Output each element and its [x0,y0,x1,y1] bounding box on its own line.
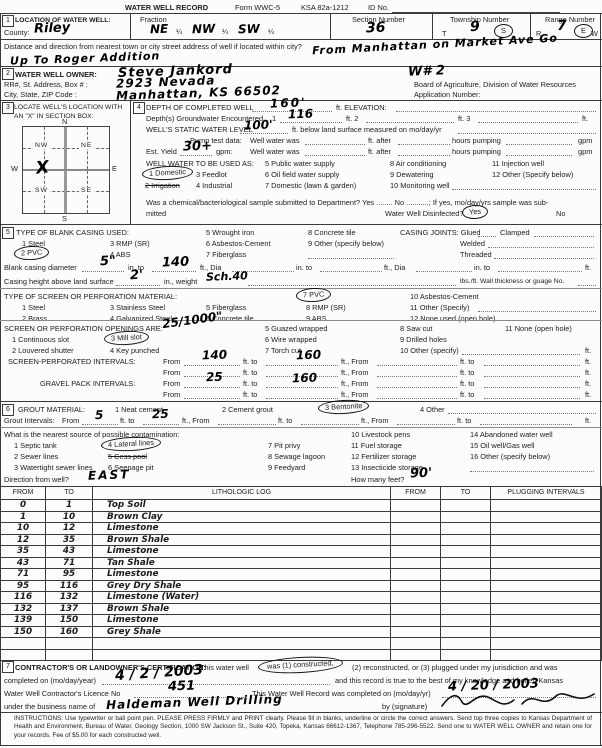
cell [391,603,441,615]
casing-diameter-value: 5" [100,254,116,270]
disinfected-no: No [556,209,565,218]
blank [320,270,382,272]
ft-dia-label: ft., Dia [384,263,405,272]
cell [441,580,491,592]
gravel-interval-to: 160 [292,371,318,386]
est-yield-value: 30+ [183,138,212,154]
cell [391,500,441,512]
section-box-x-mark: X [35,157,50,178]
blank [484,397,580,399]
rule [0,745,602,746]
log-row: 139150Limestone [1,615,602,627]
blank [377,364,457,366]
quarter-glyph: ¼ [268,27,274,36]
cell [441,511,491,523]
screen-option-9: 9 ABS [306,314,327,323]
blank [308,257,394,259]
ft-to-label: ft. to [243,368,257,377]
log-row: 150160Grey Shale [1,626,602,638]
cell: Grey Shale [93,626,391,638]
disinfected-yes-circled: Yes [462,204,489,219]
lithologic-log-table: FROM TO LITHOLOGIC LOG FROM TO PLUGGING … [0,486,602,661]
ft-to-label: ft. to [243,357,257,366]
cell: 10 [1,523,46,535]
rule [0,288,602,289]
cell: 132 [46,592,93,604]
cell [391,546,441,558]
ft-label: ft. [585,357,591,366]
cell [441,626,491,638]
openings-option-11: 11 None (open hole) [505,324,572,333]
water-well-record-form: WATER WELL RECORD Form WWC-5 KSA 82a-121… [0,0,602,748]
cell: 43 [46,546,93,558]
est-yield-label: Est. Yield [146,147,177,156]
quadrant-se: SE [79,187,94,194]
blank [301,423,359,425]
log-row: 95116Grey Dry Shale [1,580,602,592]
compass-s: S [62,214,67,223]
casing-option-9: 9 Other (specify below) [308,239,384,248]
cell [491,523,602,535]
log-header-to: TO [46,487,93,500]
blank [462,353,580,355]
ft-after-label: ft. after [368,136,391,145]
casing-option-8: 8 Concrete tile [308,228,356,237]
blank [82,270,124,272]
fraction-q2: NW [192,22,216,37]
blank [498,270,582,272]
gpm-label: gpm [578,147,592,156]
cell [93,649,391,661]
use-option-10: 10 Monitoring well [390,181,450,190]
cell [441,603,491,615]
screen-option-1: 1 Steel [22,303,45,312]
log-row: 01Top Soil [1,500,602,512]
cell [391,615,441,627]
distance-value-line1: From Manhattan on Market Ave Go [312,32,558,58]
contam-option-9: 9 Feedyard [268,463,305,472]
from-label: From [163,379,180,388]
cell [491,569,602,581]
use-option-3: 3 Feedlot [196,170,227,179]
cell [1,649,46,661]
ft-label: ft. [585,379,591,388]
blank [266,386,338,388]
blank [452,188,596,190]
cell: 12 [1,534,46,546]
cell [491,557,602,569]
weight-value: Sch.40 [206,269,248,283]
screen-option-3: 3 Stainless Steel [110,303,165,312]
contam-option-16: 16 Other (specify below) [470,452,550,461]
cell [441,534,491,546]
cell [391,592,441,604]
screen-intervals-label: SCREEN-PERFORATED INTERVALS: [8,357,136,366]
gpm-colon-label: gpm: [216,147,232,156]
cell: Top Soil [93,500,391,512]
cell [391,649,441,661]
screen-option-7-circled: 7 PVC [296,287,332,303]
cell: Limestone (Water) [93,592,391,604]
quadrant-sw: SW [33,187,50,194]
cell: 116 [1,592,46,604]
form-number: Form WWC-5 [235,3,280,12]
quadrant-nw: NW [33,142,50,149]
casing-heading: TYPE OF BLANK CASING USED: [16,228,129,237]
cell: 137 [46,603,93,615]
section-5-number: 5 [2,227,14,239]
log-header-plugging: PLUGGING INTERVALS [491,487,602,500]
contam-option-5-struck: 5 Cess pool [108,452,147,461]
use-option-7: 7 Domestic (lawn & garden) [265,181,356,190]
cell: 35 [1,546,46,558]
cell [441,500,491,512]
rule [330,13,331,39]
quadrant-ne: NE [79,142,94,149]
cell: Grey Dry Shale [93,580,391,592]
blank [578,284,596,286]
blank [377,397,457,399]
contam-option-3: 3 Watertight sewer lines [14,463,93,472]
id-no-label: ID No. [368,3,389,12]
grout-to-value: 25 [152,407,169,422]
cell [46,638,93,650]
well-number: W# 2 [408,63,445,79]
blank [478,121,578,123]
ft-from-label: ft., From [341,368,369,377]
openings-option-10: 10 Other (specify) [400,346,459,355]
blank [448,412,596,414]
log-row: 110Brown Clay [1,511,602,523]
cell [491,546,602,558]
feet-label: How many feet? [351,475,404,484]
ft-to-label: ft. to [243,390,257,399]
rule [0,320,602,321]
rule [130,100,131,224]
cell: 43 [1,557,46,569]
rule [0,66,602,67]
cell: Brown Clay [93,511,391,523]
cell [441,569,491,581]
blank [398,143,450,145]
use-option-4: 4 Industrial [196,181,232,190]
direction-value: EAST [88,467,131,482]
rule [432,13,433,39]
grout-heading: GROUT MATERIAL: [18,405,85,414]
log-header-from: FROM [1,487,46,500]
log-row: 1012Limestone [1,523,602,535]
hours-pumping-label: hours pumping [452,136,501,145]
cell [441,592,491,604]
blank [398,154,450,156]
ft-label: ft. [585,263,591,272]
depth-label: DEPTH OF COMPLETED WELL [146,103,254,112]
cell: 160 [46,626,93,638]
cell: 150 [46,615,93,627]
contam-option-10: 10 Livestock pens [351,430,410,439]
well-water-was-label: Well water was [250,136,300,145]
sample-question: Was a chemical/bacteriological sample su… [146,198,548,207]
section-2-number: 2 [2,68,14,80]
fraction-q3: SW [238,22,260,37]
cell [441,557,491,569]
contam-option-14: 14 Abandoned water well [470,430,553,439]
cell [491,511,602,523]
section-6-number: 6 [2,404,14,416]
screen-option-10: 10 Asbestos-Cement [410,292,479,301]
contam-option-2: 2 Sewer lines [14,452,58,461]
use-option-9: 9 Dewatering [390,170,434,179]
groundwater-n3: ft. 3 [458,114,470,123]
form-title: WATER WELL RECORD [125,3,208,12]
ft-to-label: ft. to [460,357,474,366]
wall-thickness-label: lbs./ft. Wall thickness or guage No. [460,277,564,286]
cell: 10 [46,511,93,523]
use-option-6: 6 Oil field water supply [265,170,339,179]
gpm-label: gpm [578,136,592,145]
blank [305,154,365,156]
casing-diameter-label: Blank casing diameter [4,263,77,272]
casing-height-label: Casing height above land surface [4,277,114,286]
direction-label: Direction from well? [4,475,69,484]
cell: 0 [1,500,46,512]
disinfected-label: Water Well Disinfected? [385,209,463,218]
openings-option-6: 6 Wire wrapped [265,335,317,344]
blank [116,284,160,286]
compass-e: E [112,164,117,173]
log-row: 7195Limestone [1,569,602,581]
cell [391,569,441,581]
blank [484,386,580,388]
cell [1,638,46,650]
groundwater-n2: ft. 2 [346,114,358,123]
in-to-label: in. to [474,263,490,272]
contam-option-7: 7 Pit privy [268,441,300,450]
screen-interval-to: 160 [296,348,322,363]
ft-from-label: ft., From [341,390,369,399]
county-label: County: [4,28,29,37]
ft-to-label: ft. to [278,416,292,425]
quarter-glyph: ¼ [222,27,228,36]
county-value: Riley [34,20,71,36]
cell [491,649,602,661]
owner-heading: WATER WELL OWNER: [15,70,97,79]
cell: 132 [1,603,46,615]
locate-heading-1: LOCATE WELL'S LOCATION WITH [14,103,122,112]
blank [494,257,594,259]
cell: 35 [46,534,93,546]
section-1-number: 1 [2,15,14,27]
blank [184,386,240,388]
log-header-to2: TO [441,487,491,500]
use-option-12: 12 Other (Specify below) [492,170,573,179]
contam-option-1: 1 Septic tank [14,441,57,450]
blank [305,143,365,145]
log-header-from2: FROM [391,487,441,500]
blank [484,364,580,366]
blank [488,246,594,248]
log-row-empty [1,638,602,650]
cell [491,615,602,627]
cell [441,523,491,535]
range-label: Range Number [545,15,595,24]
log-row: 3543Limestone [1,546,602,558]
ft-to-label: ft. to [243,379,257,388]
screen-option-12: 12 None used (open hole) [410,314,495,323]
cell: 1 [46,500,93,512]
cell: 150 [1,626,46,638]
openings-option-5: 5 Guazed wrapped [265,324,327,333]
blank [506,154,572,156]
cell: 139 [1,615,46,627]
log-header-litho: LITHOLOGIC LOG [93,487,391,500]
section-4-number: 4 [133,102,145,114]
licence-value: 451 [168,679,196,695]
blank [248,284,456,286]
compass-w: W [11,164,18,173]
business-name-value: Haldeman Well Drilling [106,692,283,712]
range-value: 7 [557,18,567,34]
ft-from-label: ft., From [341,357,369,366]
contam-option-15: 15 Oil well/Gas well [470,441,534,450]
ft-after-label: ft. after [368,147,391,156]
cell: Brown Shale [93,603,391,615]
ft-from-label: ft., From [361,416,389,425]
rule [0,712,602,713]
blank [377,375,457,377]
ft-label: ft. [585,346,591,355]
from-label: From [163,390,180,399]
cell [491,603,602,615]
cell: Limestone [93,546,391,558]
casing-joints-label: CASING JOINTS: Glued [400,228,481,237]
certification-text-1: This water well [200,663,249,672]
blank [470,470,594,472]
blank [266,397,338,399]
ft-from-label: ft., From [182,416,210,425]
from-label: From [163,368,180,377]
certification-text-1c: (2) reconstructed, or (3) plugged under … [352,663,557,672]
casing-option-6: 6 Asbestos-Cement [206,239,271,248]
cell: 116 [46,580,93,592]
blank [218,423,276,425]
openings-option-4: 4 Key punched [110,346,159,355]
casing-option-3: 3 RMP (SR) [110,239,150,248]
casing-option-7: 7 Fiberglass [206,250,246,259]
blank [82,423,118,425]
fraction-q1: NE [150,22,169,37]
contam-option-12: 12 Fertilizer storage [351,452,416,461]
blank [266,364,338,366]
ft-to-label: ft. to [460,390,474,399]
static-level-suffix: ft. below land surface measured on mo/da… [292,125,442,134]
blank [416,270,472,272]
owner-city-label: City, State, ZIP Code : [4,90,77,99]
rule [0,13,602,14]
section-7-number: 7 [2,661,14,673]
agency-name: Board of Agriculture, Division of Water … [414,80,576,89]
blank [366,121,454,123]
cell [391,626,441,638]
ft-from-label: ft., From [341,379,369,388]
grout-option-4: 4 Other [420,405,445,414]
rule [130,13,131,39]
blank [396,110,596,112]
cell: 71 [1,569,46,581]
static-level-value: 100' [244,118,273,133]
openings-option-2: 2 Louvered shutter [12,346,74,355]
cell [441,546,491,558]
gravel-interval-from: 25 [206,370,223,385]
cell: 71 [46,557,93,569]
contam-option-8: 8 Sewage lagoon [268,452,325,461]
section-number-value: 36 [366,20,386,37]
rule [0,427,602,428]
cell [441,615,491,627]
blank [478,235,496,237]
cell [491,592,602,604]
cell: Tan Shale [93,557,391,569]
screen-option-8: 8 RMP (SR) [306,303,346,312]
cell [391,580,441,592]
cell [491,580,602,592]
cell [491,638,602,650]
blank [534,235,594,237]
log-header-row: FROM TO LITHOLOGIC LOG FROM TO PLUGGING … [1,487,602,500]
application-number-label: Application Number: [414,90,481,99]
openings-option-9: 9 Drilled holes [400,335,447,344]
cell [93,638,391,650]
from-label: From [163,357,180,366]
rule [0,224,602,225]
township-value: 9 [470,19,480,35]
ft-to-label: ft. to [460,368,474,377]
log-row: 132137Brown Shale [1,603,602,615]
business-name-label: under the business name of [4,702,95,711]
cell: 12 [46,523,93,535]
weight-label: in., weight [164,277,197,286]
blank [184,397,240,399]
hours-pumping-label: hours pumping [452,147,501,156]
ft-to-label: ft. to [120,416,134,425]
gravel-intervals-label: GRAVEL PACK INTERVALS: [40,379,135,388]
joints-threaded-label: Threaded [460,250,492,259]
openings-option-8: 8 Saw cut [400,324,432,333]
casing-height-value: 2' [130,268,144,283]
cell [391,557,441,569]
section-3-number: 3 [2,102,14,114]
ft-label: ft. [585,368,591,377]
use-option-8: 8 Air conditioning [390,159,446,168]
signature-label: by (signature) [382,702,427,711]
ft-label: ft. [585,390,591,399]
blank [152,270,196,272]
blank [506,143,572,145]
form-ksa: KSA 82a-1212 [301,3,349,12]
blank [484,375,580,377]
in-to-label: in. to [296,263,312,272]
openings-value: 25/1000" [161,309,223,331]
cell [491,534,602,546]
log-row: 1235Brown Shale [1,534,602,546]
blank [397,423,455,425]
cell [491,626,602,638]
joints-welded-label: Welded [460,239,485,248]
cell [391,638,441,650]
groundwater-value: 116 [288,107,314,122]
cell [441,649,491,661]
cell: 1 [1,511,46,523]
